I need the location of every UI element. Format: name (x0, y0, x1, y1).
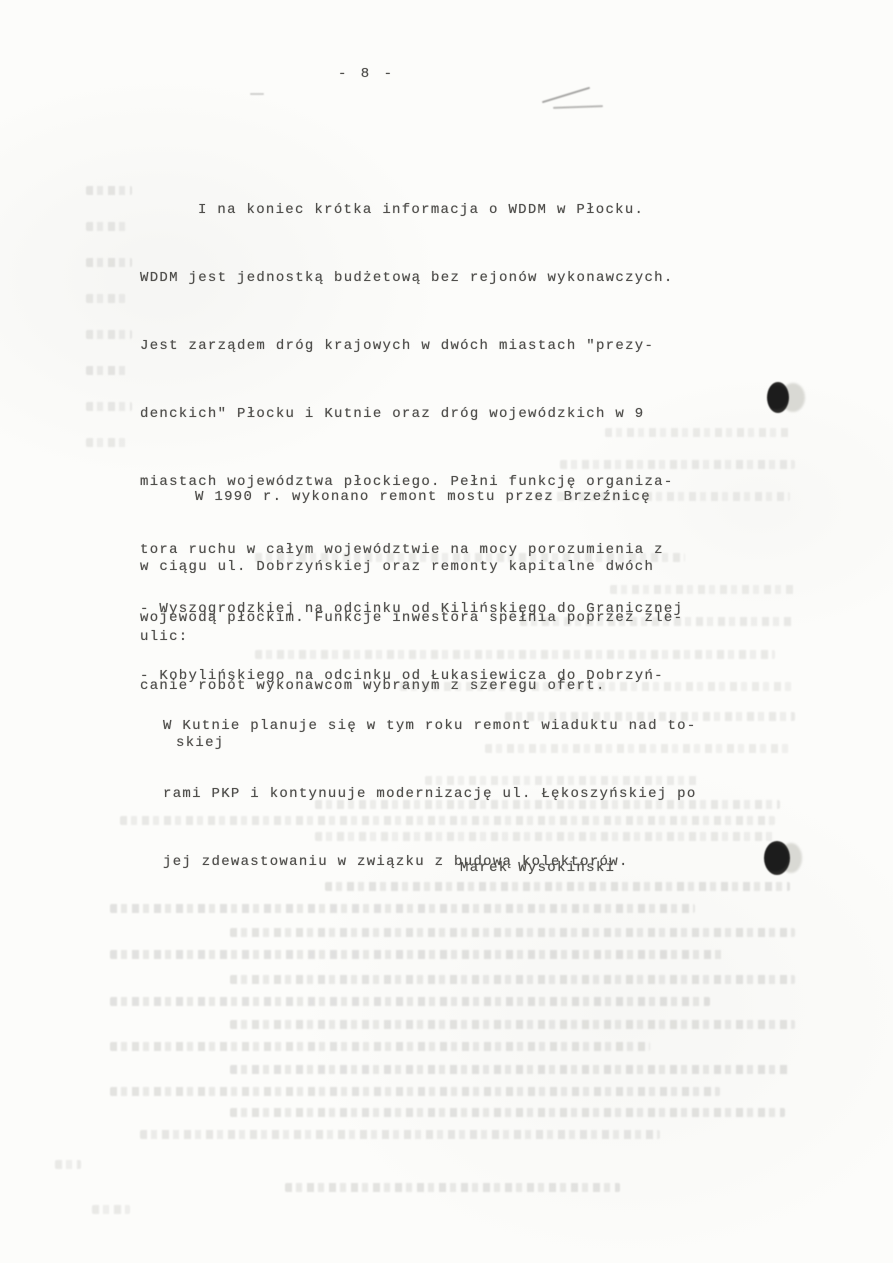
bleedthrough-text-line (230, 1020, 795, 1029)
bleedthrough-text-line (230, 1065, 790, 1074)
signature-name: Marek Wysokiński (460, 860, 615, 876)
typewritten-line: Jest zarządem dróg krajowych w dwóch mia… (140, 328, 683, 364)
punch-hole-mark (760, 839, 806, 879)
bleedthrough-text-line (86, 438, 126, 447)
bleedthrough-text-line (86, 222, 128, 231)
bleedthrough-text-line (110, 1042, 650, 1051)
typewritten-line: rami PKP i kontynuuje modernizację ul. Ł… (163, 776, 697, 812)
typewritten-line: I na koniec krótka informacja o WDDM w P… (140, 192, 683, 228)
punch-hole-shadow (767, 382, 789, 413)
bleedthrough-text-line (230, 975, 795, 984)
bleedthrough-text-line (86, 330, 132, 339)
bleedthrough-text-line (86, 294, 126, 303)
bleedthrough-text-line (285, 1183, 620, 1192)
bleedthrough-text-line (86, 366, 130, 375)
bleedthrough-text-line (86, 186, 132, 195)
punch-hole-highlight (781, 383, 805, 412)
typewritten-line: WDDM jest jednostką budżetową bez rejonó… (140, 260, 683, 296)
typewritten-line: W Kutnie planuje się w tym roku remont w… (163, 708, 697, 744)
bleedthrough-text-line (140, 1130, 660, 1139)
scanned-document-page: - 8 - I na koniec krótka informacja o WD… (0, 0, 893, 1263)
paragraph-kutno: W Kutnie planuje się w tym roku remont w… (163, 676, 697, 912)
typewritten-line: denckich" Płocku i Kutnie oraz dróg woje… (140, 396, 683, 432)
bleedthrough-text-line (110, 950, 725, 959)
list-item: - Wyszogrodzkiej na odcinku od Kilińskie… (140, 592, 683, 627)
bleedthrough-text-line (55, 1160, 81, 1169)
bleedthrough-text-line (86, 402, 132, 411)
bleedthrough-text-line (110, 997, 710, 1006)
pencil-stroke-dash (553, 105, 603, 109)
bleedthrough-text-line (230, 1108, 785, 1117)
pencil-stroke-diagonal (542, 87, 590, 104)
punch-hole-shadow (764, 841, 790, 875)
pencil-stroke-small (250, 93, 264, 95)
bleedthrough-text-line (92, 1205, 130, 1214)
typewritten-line: W 1990 r. wykonano remont mostu przez Br… (140, 478, 654, 516)
punch-hole-mark (763, 381, 809, 417)
bleedthrough-text-line (86, 258, 132, 267)
page-number: - 8 - (338, 66, 395, 82)
punch-hole-highlight (780, 843, 802, 873)
bleedthrough-text-line (110, 1087, 720, 1096)
typewritten-line: jej zdewastowaniu w związku z budową kol… (163, 844, 697, 880)
bleedthrough-text-line (230, 928, 795, 937)
